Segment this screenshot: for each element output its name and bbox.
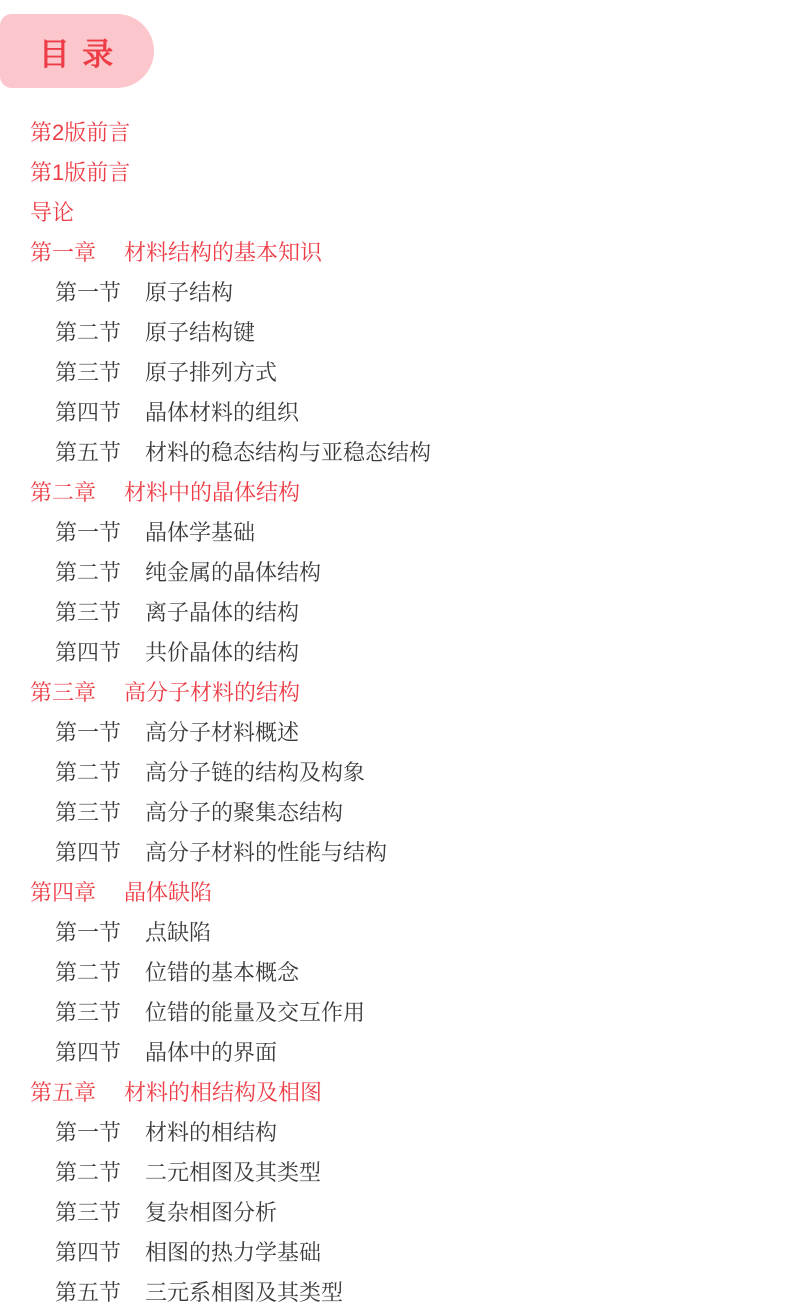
toc-section-row: 第四节高分子材料的性能与结构 [0, 833, 790, 873]
toc-entry-number: 第四节 [55, 1040, 121, 1065]
toc-entry-title: 原子排列方式 [145, 360, 277, 385]
toc-entry-title: 材料的稳态结构与亚稳态结构 [145, 440, 431, 465]
toc-entry-title: 离子晶体的结构 [145, 600, 299, 625]
toc-entry-number: 第1版前言 [30, 160, 130, 185]
toc-entry-number: 第四节 [55, 1240, 121, 1265]
toc-section-row: 第四节晶体中的界面 [0, 1033, 790, 1073]
toc-entry-title: 材料的相结构及相图 [124, 1080, 322, 1105]
toc-title-badge: 目 录 [0, 14, 154, 88]
toc-section-row: 第一节原子结构 [0, 273, 790, 313]
toc-entry-title: 晶体缺陷 [124, 880, 212, 905]
toc-entry-title: 三元系相图及其类型 [145, 1280, 343, 1305]
toc-entry-title: 位错的能量及交互作用 [145, 1000, 365, 1025]
toc-entry-number: 第一章 [30, 240, 96, 265]
toc-entry-title: 纯金属的晶体结构 [145, 560, 321, 585]
toc-entry-title: 点缺陷 [145, 920, 211, 945]
toc-entry-number: 导论 [30, 200, 74, 225]
toc-entry-title: 高分子材料概述 [145, 720, 299, 745]
toc-section-row: 第三节复杂相图分析 [0, 1193, 790, 1233]
toc-section-row: 第三节高分子的聚集态结构 [0, 793, 790, 833]
toc-entry-title: 位错的基本概念 [145, 960, 299, 985]
toc-entry-number: 第2版前言 [30, 120, 130, 145]
toc-entry-title: 材料的相结构 [145, 1120, 277, 1145]
toc-chapter-row: 第三章高分子材料的结构 [0, 673, 790, 713]
toc-chapter-row: 第四章晶体缺陷 [0, 873, 790, 913]
toc-entry-title: 晶体中的界面 [145, 1040, 277, 1065]
toc-chapter-row: 第一章材料结构的基本知识 [0, 233, 790, 273]
toc-entry-title: 材料结构的基本知识 [124, 240, 322, 265]
toc-entry-number: 第三节 [55, 600, 121, 625]
toc-entry-title: 原子结构键 [145, 320, 255, 345]
toc-chapter-row: 第二章材料中的晶体结构 [0, 473, 790, 513]
toc-section-row: 第二节高分子链的结构及构象 [0, 753, 790, 793]
toc-section-row: 第二节位错的基本概念 [0, 953, 790, 993]
toc-entry-title: 相图的热力学基础 [145, 1240, 321, 1265]
toc-entry-number: 第四节 [55, 840, 121, 865]
toc-entry-title: 共价晶体的结构 [145, 640, 299, 665]
toc-entry-number: 第五章 [30, 1080, 96, 1105]
toc-section-row: 第三节离子晶体的结构 [0, 593, 790, 633]
toc-entry-number: 第二节 [55, 760, 121, 785]
toc-entry-number: 第三节 [55, 360, 121, 385]
toc-section-row: 第一节晶体学基础 [0, 513, 790, 553]
toc-section-row: 第一节点缺陷 [0, 913, 790, 953]
toc-front-row: 第1版前言 [0, 153, 790, 193]
toc-list: 第2版前言第1版前言导论第一章材料结构的基本知识第一节原子结构第二节原子结构键第… [0, 113, 790, 1313]
toc-entry-number: 第三章 [30, 680, 96, 705]
toc-section-row: 第四节相图的热力学基础 [0, 1233, 790, 1273]
toc-entry-number: 第二节 [55, 560, 121, 585]
toc-entry-number: 第一节 [55, 520, 121, 545]
toc-entry-number: 第一节 [55, 1120, 121, 1145]
toc-entry-title: 晶体材料的组织 [145, 400, 299, 425]
toc-front-row: 第2版前言 [0, 113, 790, 153]
toc-entry-number: 第二章 [30, 480, 96, 505]
toc-section-row: 第二节原子结构键 [0, 313, 790, 353]
toc-section-row: 第三节原子排列方式 [0, 353, 790, 393]
toc-entry-number: 第二节 [55, 960, 121, 985]
toc-chapter-row: 第五章材料的相结构及相图 [0, 1073, 790, 1113]
toc-section-row: 第二节二元相图及其类型 [0, 1153, 790, 1193]
toc-entry-number: 第二节 [55, 1160, 121, 1185]
toc-entry-number: 第三节 [55, 1000, 121, 1025]
toc-entry-title: 高分子材料的结构 [124, 680, 300, 705]
toc-entry-title: 晶体学基础 [145, 520, 255, 545]
toc-section-row: 第一节材料的相结构 [0, 1113, 790, 1153]
toc-entry-number: 第四章 [30, 880, 96, 905]
toc-title: 目 录 [39, 29, 116, 74]
toc-section-row: 第三节位错的能量及交互作用 [0, 993, 790, 1033]
toc-entry-number: 第一节 [55, 280, 121, 305]
toc-entry-number: 第二节 [55, 320, 121, 345]
toc-entry-number: 第四节 [55, 400, 121, 425]
toc-entry-number: 第一节 [55, 920, 121, 945]
toc-entry-title: 原子结构 [145, 280, 233, 305]
toc-section-row: 第五节三元系相图及其类型 [0, 1273, 790, 1313]
toc-entry-number: 第四节 [55, 640, 121, 665]
toc-section-row: 第一节高分子材料概述 [0, 713, 790, 753]
toc-front-row: 导论 [0, 193, 790, 233]
toc-entry-title: 高分子的聚集态结构 [145, 800, 343, 825]
toc-entry-title: 材料中的晶体结构 [124, 480, 300, 505]
toc-section-row: 第四节晶体材料的组织 [0, 393, 790, 433]
toc-entry-number: 第五节 [55, 1280, 121, 1305]
toc-entry-number: 第三节 [55, 1200, 121, 1225]
toc-entry-number: 第五节 [55, 440, 121, 465]
toc-entry-title: 复杂相图分析 [145, 1200, 277, 1225]
toc-section-row: 第五节材料的稳态结构与亚稳态结构 [0, 433, 790, 473]
toc-entry-title: 高分子链的结构及构象 [145, 760, 365, 785]
toc-section-row: 第四节共价晶体的结构 [0, 633, 790, 673]
toc-entry-number: 第一节 [55, 720, 121, 745]
toc-page: 目 录 第2版前言第1版前言导论第一章材料结构的基本知识第一节原子结构第二节原子… [0, 0, 790, 1314]
toc-entry-title: 二元相图及其类型 [145, 1160, 321, 1185]
toc-entry-number: 第三节 [55, 800, 121, 825]
toc-entry-title: 高分子材料的性能与结构 [145, 840, 387, 865]
toc-section-row: 第二节纯金属的晶体结构 [0, 553, 790, 593]
